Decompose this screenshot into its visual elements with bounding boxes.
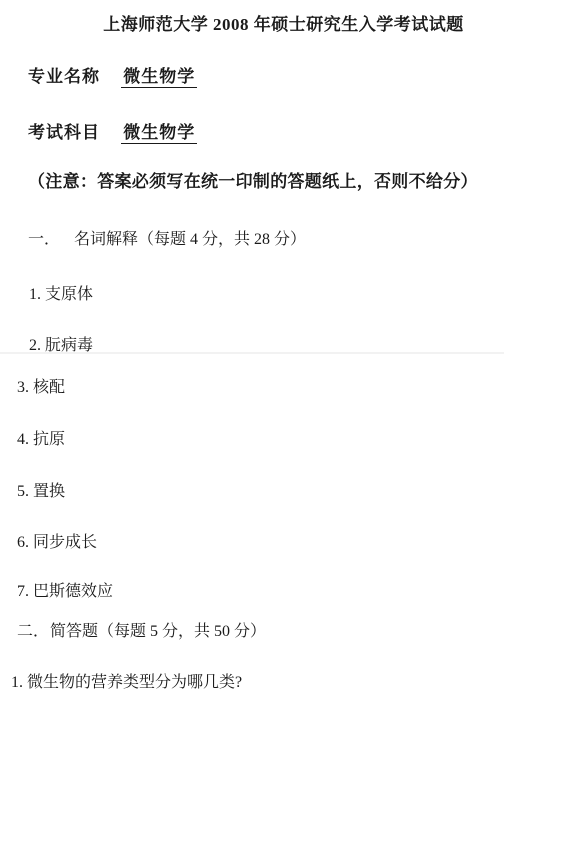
major-field-row: 专业名称 微生物学	[28, 62, 197, 87]
notice-line: （注意：答案必须写在统一印制的答题纸上，否则不给分）	[28, 167, 478, 192]
subject-label: 考试科目	[28, 123, 100, 142]
term-item-3: 3. 核配	[17, 374, 65, 397]
term-item-5: 5. 置换	[17, 478, 65, 501]
short-answer-question-1: 1. 微生物的营养类型分为哪几类?	[11, 669, 242, 692]
term-item-1: 1. 支原体	[29, 281, 93, 304]
subject-value: 微生物学	[121, 123, 197, 144]
section-1-heading: 一．名词解释（每题 4 分，共 28 分）	[28, 226, 306, 249]
page-seam-divider	[0, 352, 504, 354]
exam-paper-page: 上海师范大学 2008 年硕士研究生入学考试试题 专业名称 微生物学 考试科目 …	[0, 0, 567, 865]
section-2-title: 简答题（每题 5 分，共 50 分）	[50, 623, 266, 640]
section-2-numeral: 二．	[17, 623, 49, 640]
term-item-4: 4. 抗原	[17, 426, 65, 449]
section-2-heading: 二．简答题（每题 5 分，共 50 分）	[17, 618, 266, 641]
term-item-6: 6. 同步成长	[17, 529, 97, 552]
major-value: 微生物学	[121, 67, 197, 88]
subject-field-row: 考试科目 微生物学	[28, 118, 197, 143]
major-label: 专业名称	[28, 67, 100, 86]
section-1-title: 名词解释（每题 4 分，共 28 分）	[74, 231, 306, 248]
section-1-numeral: 一．	[28, 231, 60, 248]
term-item-7: 7. 巴斯德效应	[17, 578, 113, 601]
page-title: 上海师范大学 2008 年硕士研究生入学考试试题	[0, 10, 567, 35]
